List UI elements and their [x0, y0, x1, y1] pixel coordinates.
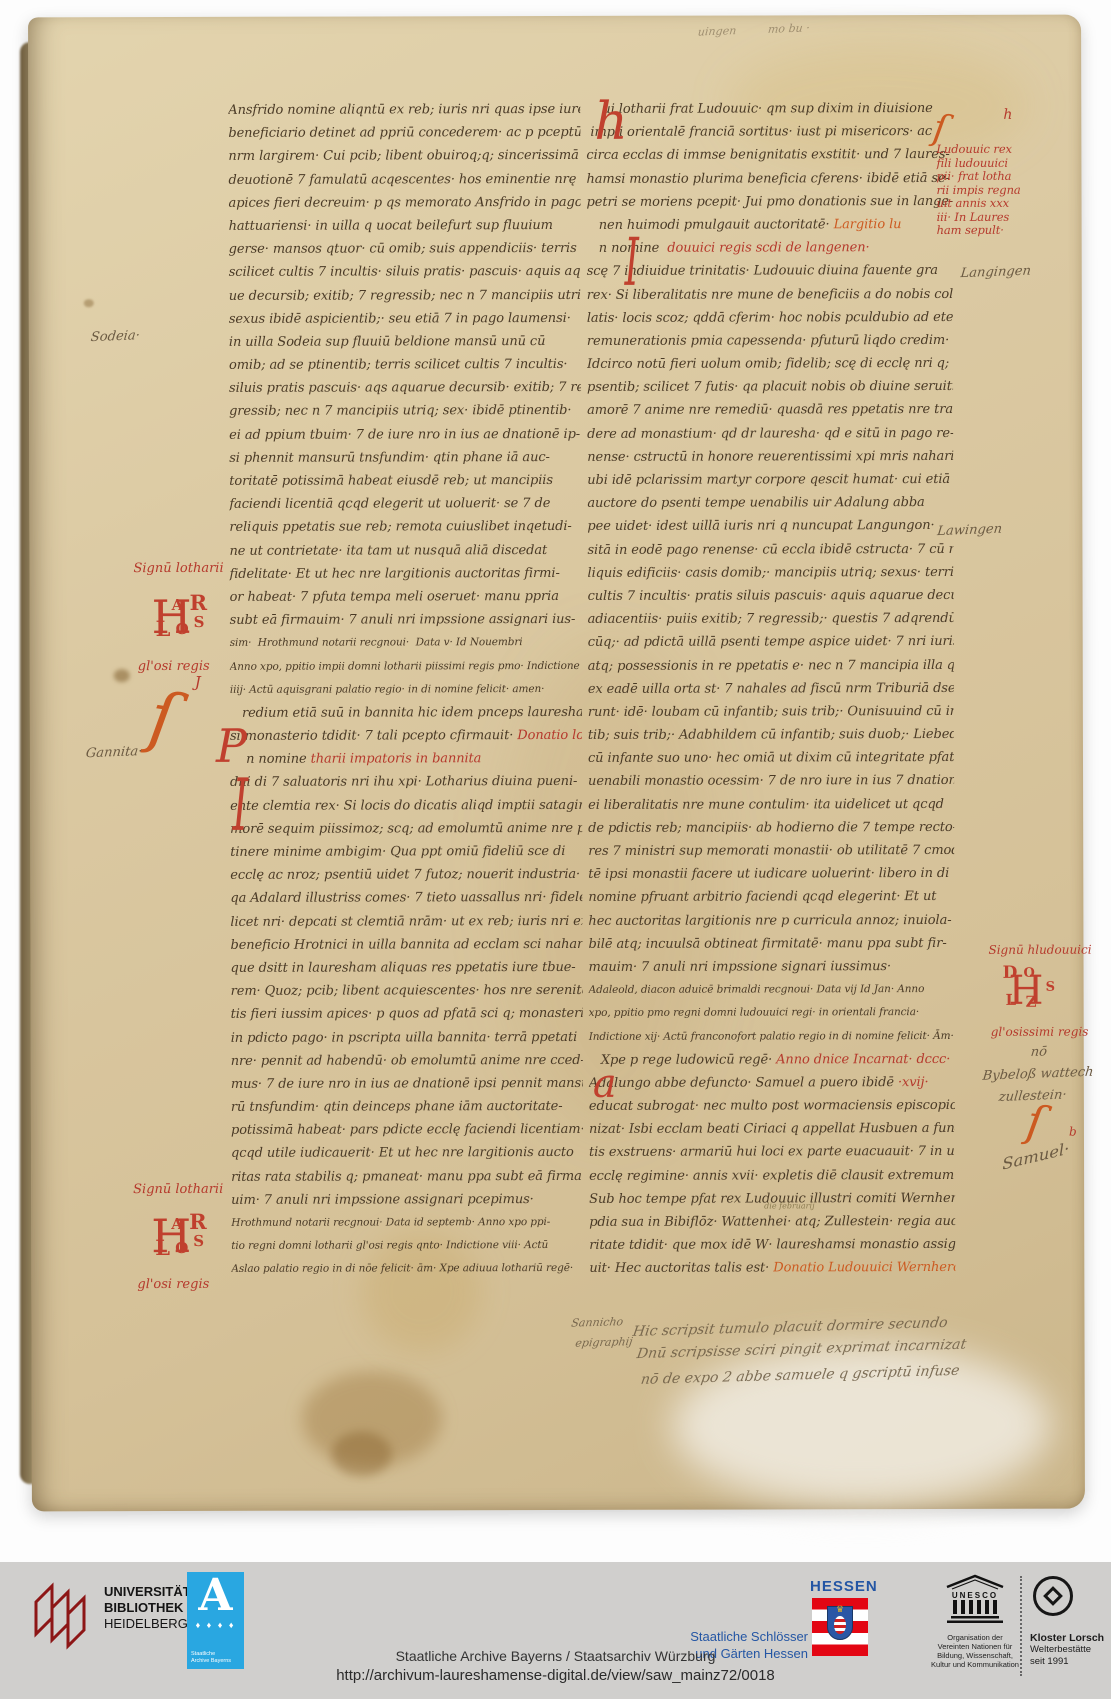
text-line: Idcirco notū fieri uolum omib; fidelib; …	[587, 352, 953, 376]
text-line: que dsitt in lauresham aliquas res ppeta…	[231, 956, 583, 980]
text-line: Indictione xij· Actū franconofort palati…	[589, 1024, 955, 1048]
text-line: tis fieri iussim apices· p quos ad pfatā…	[231, 1002, 583, 1026]
bottom-note-line: Hic scripsit tumulo placuit dormire secu…	[632, 1315, 949, 1340]
text-line: si monasterio tdidit· 7 tali pcepto cfir…	[230, 724, 582, 748]
text-line: omib; ad se ptinentib; terris scilicet c…	[229, 353, 581, 377]
text-line: qa Adalard illustriss comes· 7 tieto uas…	[230, 886, 582, 910]
text-line: bilē atq; incuulsā obtineat firmitatē· m…	[588, 932, 954, 956]
ludwig-monogram: H D O S L Z	[1001, 965, 1071, 1027]
monogram-letter: L	[1006, 993, 1017, 1008]
text-line: rex· Si liberalitatis nre mune de benefi…	[587, 282, 953, 306]
text-line: or habeat· 7 pfuta tempa meli oseruet· m…	[230, 585, 582, 609]
text-line: Adaleold, diacon aduicē brimaldi recgnou…	[589, 978, 955, 1002]
text-line: scę 7 indiuidue trinitatis· Ludouuic diu…	[587, 259, 953, 283]
text-line: faciendi licentiā qcqd elegerit ut uolue…	[229, 492, 581, 516]
source-caption: Staatliche Archive Bayerns / Staatsarchi…	[0, 1648, 1111, 1664]
text-line: subt eā firmauim· 7 anuli nri impssione …	[230, 608, 582, 632]
text-line: fidelitate· Et ut hec nre largitionis au…	[229, 562, 581, 586]
text-line: n nomine tharii impatoris in bannita	[230, 747, 582, 771]
text-line: cultis 7 incultis· pratis siluis pascuis…	[588, 584, 954, 608]
bottom-note-tag: epigraphij	[574, 1335, 633, 1350]
right-text-column: ui lotharii frat Ludouuic· qm sup dixim …	[586, 97, 955, 1281]
crown-icon: ♛	[828, 1605, 852, 1614]
text-line: nrm largirem· Cui pcib; libent obuiroq;q…	[228, 144, 580, 168]
interlinear-note: die februarij	[764, 1201, 814, 1210]
text-line: adiacentiis· puiis exitib; 7 regressib;·…	[588, 607, 954, 631]
margin-note-no: nō	[1030, 1044, 1048, 1060]
monogram-letter: A	[172, 598, 184, 613]
text-line: runt· idē· loubam cū infantib; suis trib…	[588, 700, 954, 724]
text-line: qcqd utile iudicauerit· Et ut hec nre la…	[231, 1141, 583, 1165]
lothar-monogram: H A R S L O	[147, 1211, 217, 1273]
text-line: ubi idē pclarissim martyr corpore qescit…	[587, 468, 953, 492]
signum-lothar2-caption: gl'osi regis	[137, 1277, 209, 1292]
text-line: pii· frat lotha	[936, 170, 1056, 184]
world-heritage-emblem-icon	[1033, 1576, 1073, 1616]
ub-heidelberg-logo-icon	[28, 1574, 98, 1650]
hessen-title: HESSEN	[810, 1578, 872, 1595]
text-line: amorē 7 anime nre remediū· quasdā res pp…	[587, 398, 953, 422]
text-line: circa ecclas di immse benignitatis exsti…	[586, 143, 952, 167]
monogram-letter: O	[175, 1241, 188, 1256]
margin-letter-h: h	[1003, 107, 1012, 123]
initial-h: h	[594, 96, 628, 148]
b-mark: b	[1069, 1125, 1077, 1139]
text-line: sim· Hrothmund notarii recgnoui· Data v·…	[230, 631, 582, 655]
text-line: potissimā habeat· pars pdicte ecclę faci…	[231, 1118, 583, 1142]
text-line: in uilla Sodeia sup fluuiū beldione mans…	[229, 330, 581, 354]
world-heritage-diamond	[1043, 1586, 1063, 1606]
text-line: ecclę regimine· annis xvii· expletis diē…	[589, 1164, 955, 1188]
text-line: sexus ibidē aspicientib;· seu etiā 7 in …	[229, 307, 581, 331]
text-line: Adalungo abbe defuncto· Samuel a puero i…	[589, 1071, 955, 1095]
text-line: iii· In Laures	[937, 210, 1057, 224]
text-line: ne ut contrietate· ita tam ut nusquā ali…	[229, 538, 581, 562]
signum-ludwig-caption: gl'osissimi regis	[991, 1025, 1089, 1039]
text-line: uenabili monastio ocessim· 7 de nro iure…	[588, 769, 954, 793]
text-line: nomine pfruant arbitrio faciendi qcqd el…	[588, 885, 954, 909]
text-line: nre· pennit ad habendū· ob emolumtū anim…	[231, 1049, 583, 1073]
monogram-letter: S	[1046, 981, 1055, 994]
text-line: liquis edificiis· casis domib;· mancipii…	[587, 561, 953, 585]
text-line: pdia sua in Bibiflōz· Wattenhei· atq; Zu…	[589, 1210, 955, 1234]
monogram-letter: D	[1003, 965, 1018, 982]
margin-note-lawingen: Lawingen	[936, 522, 1002, 539]
text-line: rem· Quoz; pcib; libent acquiescentes· h…	[231, 979, 583, 1003]
text-line: tinere minime ambigim· Qua ppt omiū fide…	[230, 840, 582, 864]
text-line: rii impis regna	[936, 183, 1056, 197]
text-line: ei ad ppium tbuim· 7 de iure nro in ius …	[229, 423, 581, 447]
archive-diamonds-icon: ♦ ♦ ♦ ♦	[187, 1620, 244, 1630]
archive-a-letter: A	[187, 1572, 244, 1620]
text-line: hamsi monastio plurima beneficia cferens…	[586, 167, 952, 191]
j-mark: J	[195, 673, 201, 691]
monogram-letter: S	[193, 1234, 204, 1249]
unesco-caption-line1: Organisation der	[918, 1633, 1032, 1642]
text-line: Aslao palatio regio in di nōe felicit· ā…	[231, 1257, 583, 1281]
margin-note-ludwig-chronicle: Ludouuic rexfili ludouuicipii· frat loth…	[936, 143, 1056, 238]
text-line: remunerationis pmia capessenda· pfuturū …	[587, 329, 953, 353]
text-line: tis exstruens· armariū hui loci ex parte…	[589, 1140, 955, 1164]
text-line: hec auctoritas largitionis nre p curricu…	[588, 909, 954, 933]
monogram-letter: S	[194, 615, 205, 630]
monogram-letter: L	[155, 1237, 170, 1258]
text-line: gressib; nec n 7 mancipiis utriq; sex· i…	[229, 399, 581, 423]
text-line: tib; suis trib;· Adabhildem cū infantib;…	[588, 723, 954, 747]
stain	[332, 1431, 392, 1476]
parchment-leaf: uingen mo bu · Ansfrido nomine aliqntū e…	[28, 15, 1085, 1512]
initial-a: a	[593, 1064, 617, 1104]
text-line: iiij· Actū aquisgrani palatio regio· in …	[230, 678, 582, 702]
text-line: tio regni domni lotharii gl'osi regis qn…	[231, 1234, 583, 1258]
text-line: toritatē potissimā habeat eiusdē reb; ut…	[229, 469, 581, 493]
hessen-caption-line1: Staatliche Schlösser	[630, 1628, 808, 1645]
text-line: ui lotharii frat Ludouuic· qm sup dixim …	[586, 97, 952, 121]
lorsch-line1: Kloster Lorsch	[1030, 1632, 1104, 1644]
text-line: de pdictis reb; mancipiis· ab hodierno d…	[588, 816, 954, 840]
margin-note-gannita: Gannita·	[85, 744, 143, 761]
initial-i-right: I	[624, 230, 639, 296]
text-line: nen huimodi pmulgauit auctoritatē· Largi…	[587, 213, 953, 237]
text-line: licet nri· depcati st clemtiā nrām· ut e…	[230, 909, 582, 933]
text-line: redium etiā suū in bannita hic idem pnce…	[230, 701, 582, 725]
text-line: xpo, ppitio pmo regni domni ludouuici re…	[589, 1001, 955, 1025]
text-line: psentib; scilicet 7 futis· qa placuit no…	[587, 375, 953, 399]
text-line: ei liberalitatis nre mune contulim· ita …	[588, 793, 954, 817]
text-line: dere ad monastium· qd dr lauresha· qd e …	[587, 422, 953, 446]
stain	[84, 299, 94, 307]
paragraph-flourish-icon: ſ	[1024, 1100, 1047, 1146]
paragraph-flourish-icon: ſ	[145, 683, 180, 754]
text-line: petri se moriens pcepit· Jui pmo donatio…	[587, 190, 953, 214]
text-line: cūq;· ad pdictā uillā psenti tempe aspic…	[588, 630, 954, 654]
text-line: cū infante suo uno· hec omiā ut dixim cū…	[588, 746, 954, 770]
text-line: beneficio Hrotnici in uilla bannita ad e…	[230, 933, 582, 957]
text-line: uit annis xxx	[937, 197, 1057, 211]
monogram-letter: O	[1024, 967, 1035, 980]
text-line: scilicet cultis 7 incultis· siluis prati…	[229, 260, 581, 284]
footer-band: UNIVERSITÄTS- BIBLIOTHEK HEIDELBERG A ♦ …	[0, 1562, 1111, 1699]
unesco-temple-icon: UNESCO	[943, 1574, 1007, 1624]
hessen-coat-of-arms: ♛	[827, 1606, 853, 1640]
hessen-lion-icon	[834, 1616, 846, 1634]
text-line: Ludouuic rex	[936, 143, 1056, 157]
text-line: si phennit mansurū tnsfundim· qtin phane…	[229, 446, 581, 470]
svg-text:UNESCO: UNESCO	[952, 1591, 998, 1600]
text-line: dni di 7 saluatoris nri ihu xpi· Lothari…	[230, 770, 582, 794]
text-line: ecclę ac nroz; psentiū uidet 7 futoz; no…	[230, 863, 582, 887]
text-line: ex eadē uilla orta st· 7 nahales ad fisc…	[588, 677, 954, 701]
text-line: educat subrogat· nec multo post wormacie…	[589, 1094, 955, 1118]
signum-lothar2-label: Signū lotharii	[133, 1182, 223, 1197]
signum-lothar-caption: gl'osi regis	[138, 659, 210, 674]
text-line: morē sequim piissimoz; scq; ad emolumtū …	[230, 817, 582, 841]
text-line: hattuariensi· in uilla q uocat beilefurt…	[229, 214, 581, 238]
text-line: uit· Hec auctoritas talis est· Donatio L…	[589, 1256, 955, 1280]
text-line: Anno xpo, ppitio impii domni lotharii pi…	[230, 654, 582, 678]
margin-note-bybelos: Bybeloß wattech	[982, 1065, 1094, 1084]
trimmed-top-note: uingen mo bu ·	[697, 21, 810, 38]
text-line: Ansfrido nomine aliqntū ex reb; iuris nr…	[228, 98, 580, 122]
text-line: res 7 ministri sup memorati monastii· ob…	[588, 839, 954, 863]
source-url: http://archivum-laureshamense-digital.de…	[0, 1667, 1111, 1684]
text-line: atq; possessionis in re ppetatis e· nec …	[588, 653, 954, 677]
stain	[114, 669, 130, 682]
text-line: n nomine douuici regis scdi de langenen·	[587, 236, 953, 260]
text-line: pee uidet· idest uillā iuris nri q nuncu…	[587, 514, 953, 538]
text-line: ritate tdidit· que mox idē W· laureshams…	[589, 1233, 955, 1257]
text-line: deuotionē 7 famulatū acqescentes· hos em…	[228, 167, 580, 191]
manuscript-photo: uingen mo bu · Ansfrido nomine aliqntū e…	[0, 0, 1111, 1562]
text-line: apices fieri decreuim· p qs memorato Ans…	[229, 191, 581, 215]
monogram-letter: Z	[1026, 995, 1037, 1010]
text-line: ritas rata stabilis q; pmaneat· manu ppa…	[231, 1165, 583, 1189]
left-text-column: Ansfrido nomine aliqntū ex reb; iuris nr…	[228, 98, 583, 1281]
margin-note-langingen: Langingen	[960, 264, 1032, 282]
monogram-letter: R	[190, 592, 208, 613]
text-line: nizat· Isbi ecclam beati Ciriaci q appel…	[589, 1117, 955, 1141]
text-line: Hrothmund notarii recgnoui· Data id sept…	[231, 1211, 583, 1235]
lothar-monogram: H A R S L O	[148, 592, 218, 654]
initial-i-left: I	[232, 769, 248, 841]
text-line: latis· locis scoz; qddā cferim· hoc nobi…	[587, 306, 953, 330]
text-line: sitā in eodē pago renense· cū eccla ibid…	[587, 538, 953, 562]
monogram-letter: O	[176, 622, 189, 637]
text-line: uim· 7 anuli nri impssione assignari pce…	[231, 1188, 583, 1212]
text-line: rū tnsfundim· qtin deinceps phane iām au…	[231, 1095, 583, 1119]
text-line: fili ludouuici	[936, 156, 1056, 170]
text-line: siluis pratis pascuis· aqs aquarue decur…	[229, 376, 581, 400]
text-line: beneficiario detinet ad ppriū concederem…	[228, 121, 580, 145]
text-line: in pdicto pago· in pscripta uilla bannit…	[231, 1025, 583, 1049]
signum-ludwig-label: Signū hludouuici	[988, 943, 1091, 957]
text-line: ue decursib; exitib; 7 regressib; nec n …	[229, 283, 581, 307]
text-line: ente clemtia rex· Si locis do dicatis al…	[230, 794, 582, 818]
text-line: reliquis ppetatis sue reb; remota cuiusl…	[229, 515, 581, 539]
text-line: nense· cstructū in honore reuerentissimi…	[587, 445, 953, 469]
text-line: ham sepult·	[937, 224, 1057, 238]
text-line: tē ipsi monastii facere ut iudicare uolu…	[588, 862, 954, 886]
bottom-note-tag: Sannicho	[570, 1315, 624, 1329]
text-line: mus· 7 de iure nro in ius ae dnationē ip…	[231, 1072, 583, 1096]
text-line: impii orientalē franciā sortitus· iust p…	[586, 120, 952, 144]
margin-note-sodeia: Sodeia·	[90, 328, 141, 345]
signum-lothar-label: Signū lotharii	[133, 561, 223, 576]
text-line: mauim· 7 anuli nri impssione signari ius…	[589, 955, 955, 979]
monogram-letter: L	[156, 618, 171, 639]
text-line: Xpe p rege ludowicū regē· Anno dnice Inc…	[589, 1048, 955, 1072]
text-line: gerse· mansos qtuor· cū omib; suis appen…	[229, 237, 581, 261]
monogram-letter: R	[189, 1211, 207, 1232]
monogram-letter: A	[171, 1217, 183, 1232]
text-line: auctore do psenti tempe uenabilis uir Ad…	[587, 491, 953, 515]
